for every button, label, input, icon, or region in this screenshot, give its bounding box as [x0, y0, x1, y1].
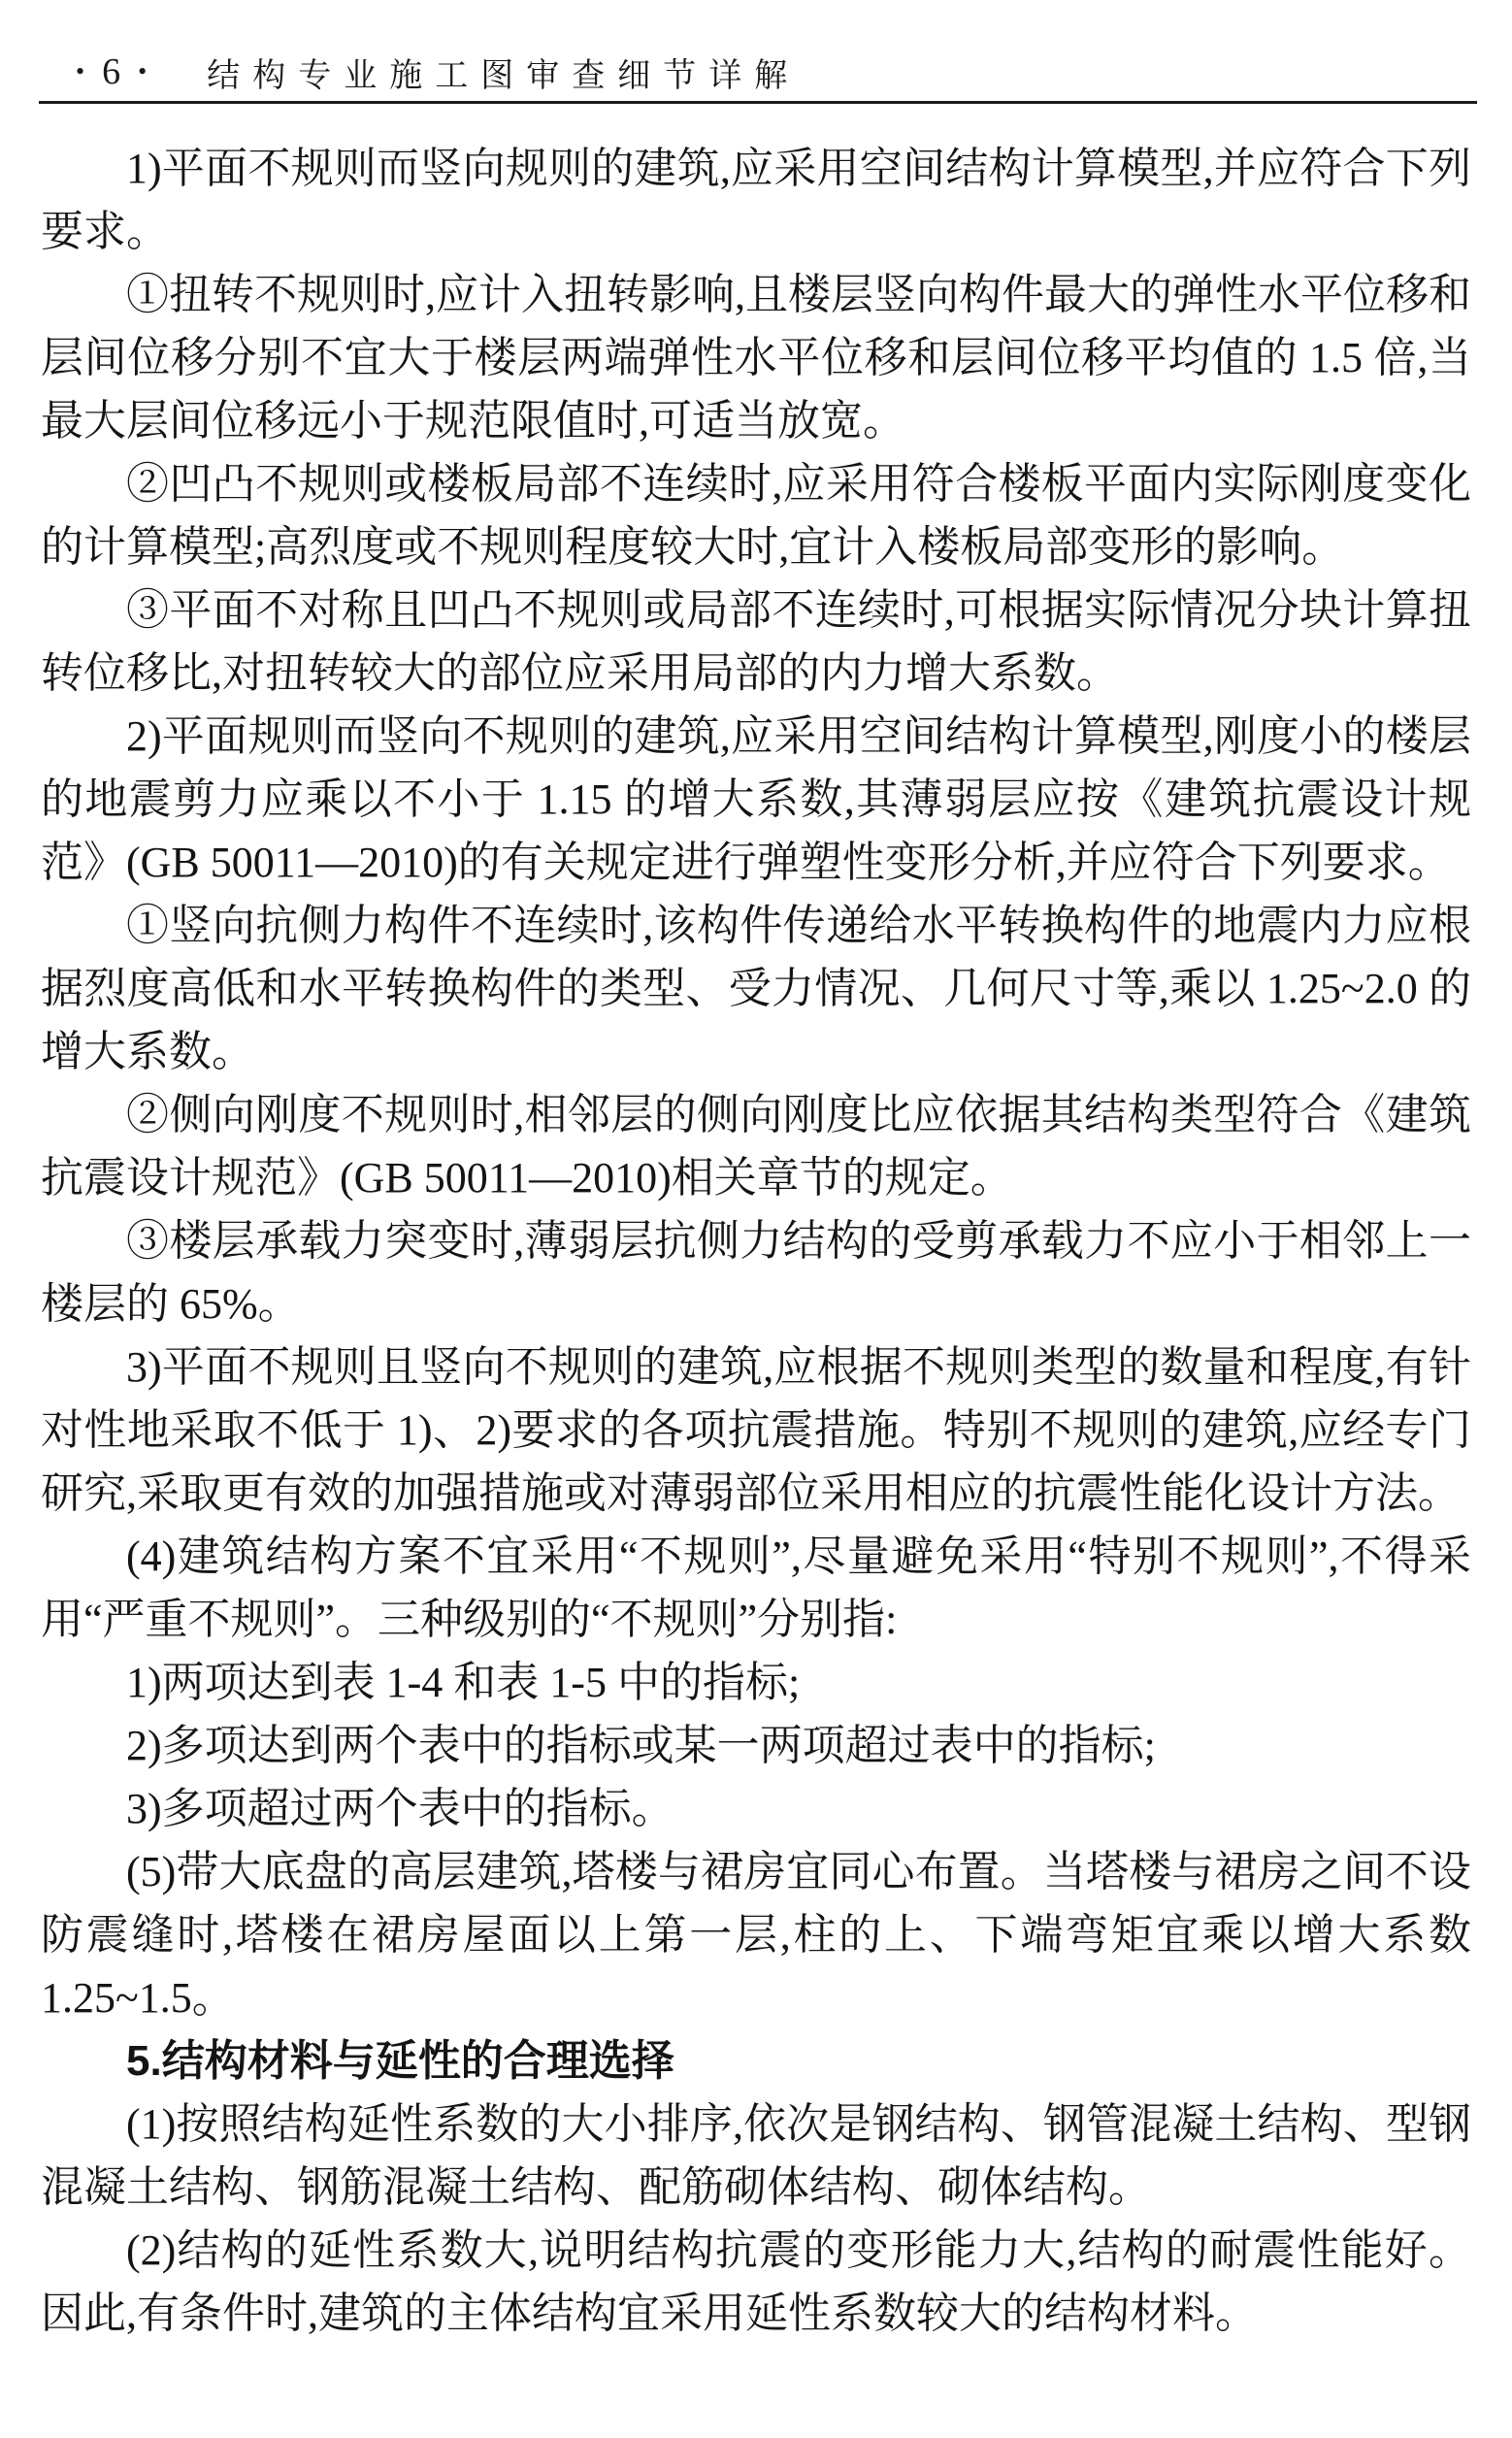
- bullet-left-icon: •: [76, 59, 84, 84]
- paragraph: ①扭转不规则时,应计入扭转影响,且楼层竖向构件最大的弹性水平位移和层间位移分别不…: [41, 263, 1471, 452]
- content: 1)平面不规则而竖向规则的建筑,应采用空间结构计算模型,并应符合下列要求。①扭转…: [41, 137, 1471, 2345]
- paragraph: (4)建筑结构方案不宜采用“不规则”,尽量避免采用“特别不规则”,不得采用“严重…: [41, 1525, 1471, 1651]
- paragraph: (2)结构的延性系数大,说明结构抗震的变形能力大,结构的耐震性能好。因此,有条件…: [41, 2219, 1471, 2345]
- paragraph: ①竖向抗侧力构件不连续时,该构件传递给水平转换构件的地震内力应根据烈度高低和水平…: [41, 894, 1471, 1083]
- paragraph: ③平面不对称且凹凸不规则或局部不连续时,可根据实际情况分块计算扭转位移比,对扭转…: [41, 578, 1471, 705]
- book-title: 结构专业施工图审查细节详解: [207, 49, 800, 96]
- paragraph: 2)多项达到两个表中的指标或某一两项超过表中的指标;: [41, 1714, 1471, 1777]
- paragraph: ②凹凸不规则或楼板局部不连续时,应采用符合楼板平面内实际刚度变化的计算模型;高烈…: [41, 452, 1471, 578]
- paragraph: 3)多项超过两个表中的指标。: [41, 1777, 1471, 1840]
- page-number: 6: [102, 50, 120, 93]
- section-heading: 5.结构材料与延性的合理选择: [41, 2029, 1471, 2092]
- page-header: • 6 • 结构专业施工图审查细节详解: [58, 47, 1473, 97]
- page-number-block: • 6 •: [58, 50, 164, 93]
- paragraph: 3)平面不规则且竖向不规则的建筑,应根据不规则类型的数量和程度,有针对性地采取不…: [41, 1335, 1471, 1525]
- paragraph: ③楼层承载力突变时,薄弱层抗侧力结构的受剪承载力不应小于相邻上一楼层的 65%。: [41, 1209, 1471, 1335]
- paragraph: 2)平面规则而竖向不规则的建筑,应采用空间结构计算模型,刚度小的楼层的地震剪力应…: [41, 705, 1471, 894]
- header-divider: [39, 101, 1477, 104]
- paragraph: 1)两项达到表 1-4 和表 1-5 中的指标;: [41, 1651, 1471, 1714]
- bullet-right-icon: •: [138, 59, 147, 84]
- paragraph: (1)按照结构延性系数的大小排序,依次是钢结构、钢管混凝土结构、型钢混凝土结构、…: [41, 2092, 1471, 2219]
- paragraph: ②侧向刚度不规则时,相邻层的侧向刚度比应依据其结构类型符合《建筑抗震设计规范》(…: [41, 1083, 1471, 1209]
- book-page: • 6 • 结构专业施工图审查细节详解 1)平面不规则而竖向规则的建筑,应采用空…: [0, 0, 1512, 2438]
- paragraph: (5)带大底盘的高层建筑,塔楼与裙房宜同心布置。当塔楼与裙房之间不设防震缝时,塔…: [41, 1840, 1471, 2029]
- paragraph: 1)平面不规则而竖向规则的建筑,应采用空间结构计算模型,并应符合下列要求。: [41, 137, 1471, 263]
